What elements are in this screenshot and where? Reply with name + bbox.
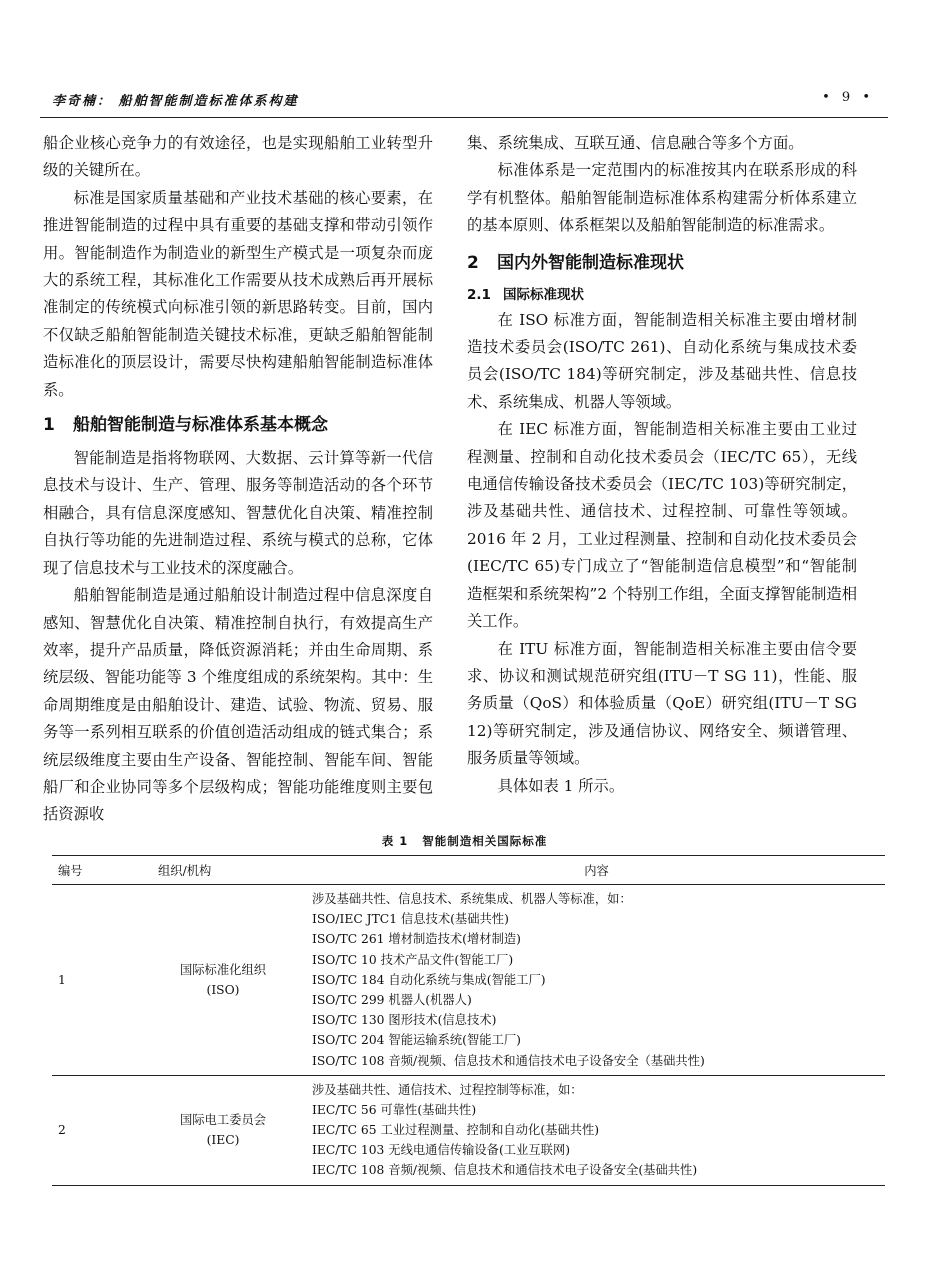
content-line: ISO/TC 184 自动化系统与集成(智能工厂): [312, 970, 885, 990]
section-title: 船舶智能制造与标准体系基本概念: [73, 415, 328, 435]
cell-org: 国际电工委员会 (IEC): [138, 1075, 308, 1185]
paragraph: 船舶智能制造是通过船舶设计制造过程中信息深度自感知、智慧优化自决策、精准控制自执…: [43, 582, 433, 829]
running-head: 李奇楠： 船舶智能制造标准体系构建 • 9 •: [52, 90, 852, 112]
paragraph: 在 ITU 标准方面，智能制造相关标准主要由信令要求、协议和测试规范研究组(IT…: [467, 636, 857, 773]
org-name: 国际标准化组织: [138, 960, 308, 980]
section-title: 国内外智能制造标准现状: [497, 253, 684, 273]
subsection-heading-2-1: 2.1国际标准现状: [467, 283, 857, 307]
content-line: ISO/TC 261 增材制造技术(增材制造): [312, 929, 885, 949]
content-line: ISO/TC 10 技术产品文件(智能工厂): [312, 950, 885, 970]
content-line: IEC/TC 65 工业过程测量、控制和自动化(基础共性): [312, 1120, 885, 1140]
table-title: 智能制造相关国际标准: [422, 834, 547, 848]
content-line: IEC/TC 103 无线电通信传输设备(工业互联网): [312, 1140, 885, 1160]
header-content: 内容: [308, 856, 885, 885]
org-abbr: (ISO): [138, 980, 308, 1000]
org-name: 国际电工委员会: [138, 1110, 308, 1130]
table-row: 1 国际标准化组织 (ISO) 涉及基础共性、信息技术、系统集成、机器人等标准，…: [52, 885, 885, 1076]
section-heading-1: 1船舶智能制造与标准体系基本概念: [43, 412, 433, 439]
header-org: 组织/机构: [138, 856, 308, 885]
paragraph: 具体如表 1 所示。: [467, 773, 857, 800]
paragraph: 智能制造是指将物联网、大数据、云计算等新一代信息技术与设计、生产、管理、服务等制…: [43, 445, 433, 582]
cell-content: 涉及基础共性、通信技术、过程控制等标准，如： IEC/TC 56 可靠性(基础共…: [308, 1075, 885, 1185]
paragraph: 船企业核心竞争力的有效途径，也是实现船舶工业转型升级的关键所在。: [43, 130, 433, 185]
paragraph: 在 IEC 标准方面，智能制造相关标准主要由工业过程测量、控制和自动化技术委员会…: [467, 416, 857, 635]
section-number: 2: [467, 250, 497, 277]
content-line: IEC/TC 56 可靠性(基础共性): [312, 1100, 885, 1120]
subsection-number: 2.1: [467, 283, 503, 307]
section-heading-2: 2国内外智能制造标准现状: [467, 250, 857, 277]
table-caption: 表 1智能制造相关国际标准: [0, 833, 929, 849]
table-header-row: 编号 组织/机构 内容: [52, 856, 885, 885]
paragraph: 在 ISO 标准方面，智能制造相关标准主要由增材制造技术委员会(ISO/TC 2…: [467, 307, 857, 417]
standards-table: 编号 组织/机构 内容 1 国际标准化组织 (ISO) 涉及基础共性、信息技术、…: [52, 855, 885, 1186]
content-line: 涉及基础共性、通信技术、过程控制等标准，如：: [312, 1080, 885, 1100]
content-line: ISO/TC 108 音频/视频、信息技术和通信技术电子设备安全（基础共性): [312, 1051, 885, 1071]
section-number: 1: [43, 412, 73, 439]
cell-num: 2: [52, 1075, 138, 1185]
org-abbr: (IEC): [138, 1130, 308, 1150]
page-number: • 9 •: [822, 90, 874, 105]
content-line: ISO/TC 299 机器人(机器人): [312, 990, 885, 1010]
paragraph: 标准是国家质量基础和产业技术基础的核心要素，在推进智能制造的过程中具有重要的基础…: [43, 185, 433, 404]
header-rule: [40, 117, 888, 118]
right-column: 集、系统集成、互联互通、信息融合等多个方面。 标准体系是一定范围内的标准按其内在…: [467, 130, 857, 800]
running-head-title: 李奇楠： 船舶智能制造标准体系构建: [52, 90, 299, 109]
paragraph: 标准体系是一定范围内的标准按其内在联系形成的科学有机整体。船舶智能制造标准体系构…: [467, 157, 857, 239]
cell-org: 国际标准化组织 (ISO): [138, 885, 308, 1076]
content-line: ISO/TC 204 智能运输系统(智能工厂): [312, 1030, 885, 1050]
content-line: ISO/IEC JTC1 信息技术(基础共性): [312, 909, 885, 929]
cell-content: 涉及基础共性、信息技术、系统集成、机器人等标准，如： ISO/IEC JTC1 …: [308, 885, 885, 1076]
content-line: ISO/TC 130 图形技术(信息技术): [312, 1010, 885, 1030]
cell-num: 1: [52, 885, 138, 1076]
left-column: 船企业核心竞争力的有效途径，也是实现船舶工业转型升级的关键所在。 标准是国家质量…: [43, 130, 433, 829]
content-line: IEC/TC 108 音频/视频、信息技术和通信技术电子设备安全(基础共性): [312, 1160, 885, 1180]
table-row: 2 国际电工委员会 (IEC) 涉及基础共性、通信技术、过程控制等标准，如： I…: [52, 1075, 885, 1185]
subsection-title: 国际标准现状: [503, 287, 584, 303]
content-line: 涉及基础共性、信息技术、系统集成、机器人等标准，如：: [312, 889, 885, 909]
table-number: 表 1: [382, 834, 409, 848]
header-num: 编号: [52, 856, 138, 885]
paragraph: 集、系统集成、互联互通、信息融合等多个方面。: [467, 130, 857, 157]
